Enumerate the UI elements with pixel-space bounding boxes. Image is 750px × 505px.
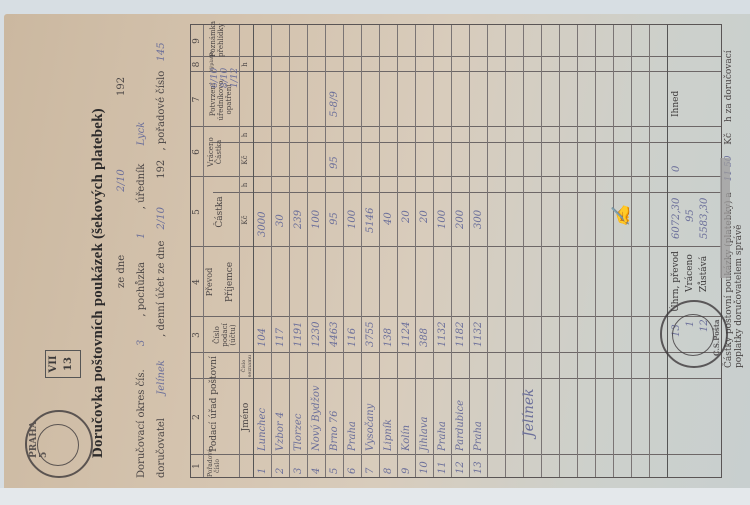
col-label-recipient: Příjemce [225,247,235,317]
row-9-office: Kolín [401,425,412,451]
row-9-seq: 9 [401,468,412,474]
row-9-acct: 1124 [401,322,412,347]
col-returned-kc: Kč [241,143,249,177]
row-13-acct: 1132 [473,322,484,347]
col-label-name: Jméno [241,379,251,455]
row-12-amount: 200 [455,210,466,229]
deliverer-value: Jelínek [156,360,167,395]
row-3-office: Tlorzec [293,414,304,451]
summary-returned-amount: 95 [685,209,696,222]
col-num-7: 7 [192,72,202,127]
col-label-returned: Vráceno Částka [207,127,223,177]
row-5-seq: 5 [329,468,340,474]
footer-kc-label: Kč [724,133,734,145]
row-4-amount: 100 [311,210,322,229]
row-3-seq: 3 [293,468,304,474]
row-6-seq: 6 [347,468,358,474]
row-7-office: Vysočany [365,404,376,451]
row-5-acct: 4463 [329,322,340,347]
row-7-acct: 3755 [365,322,376,347]
seq-label: , pořadové číslo [156,71,167,151]
col-group-transfer: Převod [205,247,214,317]
pencil-note-2: 8/10 [220,68,230,88]
row-10-seq: 10 [419,461,430,474]
delivery-table: 1 2 3 4 5 6 7 8 9 Pořadové číslo Podací … [190,24,722,478]
year2-label: 192 [156,160,167,179]
row-7-seq: 7 [365,468,376,474]
col-num-3: 3 [192,317,202,353]
box-number: 13 [61,351,76,377]
summary-remaining-label: Zůstává [699,256,709,292]
row-13-office: Praha [473,421,484,451]
row-5-returned: 95 [329,156,340,169]
box-roman: VII [46,351,61,377]
col-num-6: 6 [192,127,202,177]
row-6-acct: 116 [347,328,358,347]
clerk-value: Lyck [136,122,147,146]
row-13-seq: 13 [473,461,484,474]
pencil-note-1: 6/10 [210,68,220,88]
daily-label: , denní účet ze dne [156,241,167,337]
row-3-amount: 239 [293,210,304,229]
col-returned-h: h [241,127,249,143]
row-8-amount: 40 [383,212,394,225]
postal-stamp-top: PRAHA 5 [25,410,93,478]
row-8-office: Lipník [383,419,394,451]
summary-total-amount: 6072,30 [671,198,682,239]
row-2-seq: 2 [275,468,286,474]
row-8-acct: 138 [383,328,394,347]
col-label-amount: Částka [215,177,225,247]
pencil-notes: 6/10 8/10 1/12 [210,68,240,88]
pencil-note-3: 1/12 [230,68,240,88]
seq-value: 145 [156,42,167,61]
row-2-office: Vzbor 4 [275,412,286,451]
office-line: Doručovací okres čís. 3 , pochůzka 1 , ú… [136,28,147,478]
delivery-form: VII 13 Doručovka poštovních poukázek (še… [30,18,730,488]
daily-value: 2/10 [156,207,167,229]
year-label: 192 [116,77,127,96]
district-box: VII 13 [45,350,81,378]
col-amount-kc: Kč [241,193,249,247]
col-label-office: Podací úřad poštovní [209,353,219,455]
office-value: 3 [136,340,147,346]
col-label-seq: Pořadové číslo [207,455,221,477]
postal-stamp-bottom: C.S.Pošta [660,300,728,368]
from-value: 2/10 [116,169,127,191]
row-5-office: Brno 76 [329,411,340,452]
row-1-acct: 104 [257,328,268,347]
row-1-amount: 3000 [257,212,268,237]
col-num-5: 5 [192,177,202,247]
row-6-amount: 100 [347,210,358,229]
row-9-amount: 20 [401,210,412,223]
stamp-text-2: C.S.Pošta [712,319,721,356]
row-8-seq: 8 [383,468,394,474]
background-surface [0,488,750,505]
row-4-seq: 4 [311,468,322,474]
clerk-label: , úředník [136,164,147,210]
col-label-note: Poznámka přehlídky [209,25,225,57]
col-label-list: Číslo seznamu [241,353,253,379]
from-date-line: ze dne 2/10 192 [116,77,127,288]
row-1-seq: 1 [257,468,268,474]
stamp-text: PRAHA 5 [29,412,49,458]
form-title: Doručovka poštovních poukázek (šekových … [90,18,107,458]
row-12-office: Pardubice [455,400,466,451]
summary-returned-mark: 0 [671,166,682,172]
row-4-acct: 1230 [311,322,322,347]
row-12-seq: 12 [455,461,466,474]
col-fee-h: h [241,57,249,72]
summary-returned-label: Vráceno [685,254,695,292]
row-5-note: 5-8/9 [329,91,340,117]
row-12-acct: 1182 [455,322,466,347]
row-13-amount: 300 [473,210,484,229]
row-11-seq: 11 [437,461,448,474]
col-num-9: 9 [192,25,202,57]
row-10-acct: 388 [419,328,430,347]
office-label: Doručovací okres čís. [136,369,147,478]
col-num-2: 2 [192,379,202,455]
row-11-office: Praha [437,421,448,451]
row-11-acct: 1132 [437,322,448,347]
row-10-amount: 20 [419,210,430,223]
row-4-office: Nový Bydžov [311,385,322,451]
row-1-office: Lunchec [257,408,268,451]
col-amount-h: h [241,177,249,193]
row-11-amount: 100 [437,210,448,229]
deliverer-label: doručovatel [156,418,167,478]
from-label: ze dne [116,255,127,288]
col-num-1: 1 [192,455,202,477]
col-num-8: 8 [192,57,202,72]
row-2-acct: 117 [275,328,286,347]
row-10-office: Jihlava [419,417,430,451]
deliverer-line: doručovatel Jelínek , denní účet ze dne … [156,28,167,478]
row-6-office: Praha [347,421,358,451]
summary-remaining-amount: 5583,30 [699,198,710,239]
red-signature: ✍ [611,205,632,227]
row-2-amount: 30 [275,214,286,227]
deliverer-signature: Jelínek [521,388,537,437]
walk-label: , pochůzka [136,262,147,317]
col-label-acct: Číslo podací (účtu) [213,317,237,353]
row-7-amount: 5146 [365,208,376,233]
col-num-4: 4 [192,247,202,317]
ink-stamp-bar [720,158,730,278]
row-5-amount: 95 [329,212,340,225]
summary-then-label: Ihned [671,91,681,117]
row-3-acct: 1191 [293,322,304,347]
walk-value: 1 [136,232,147,238]
